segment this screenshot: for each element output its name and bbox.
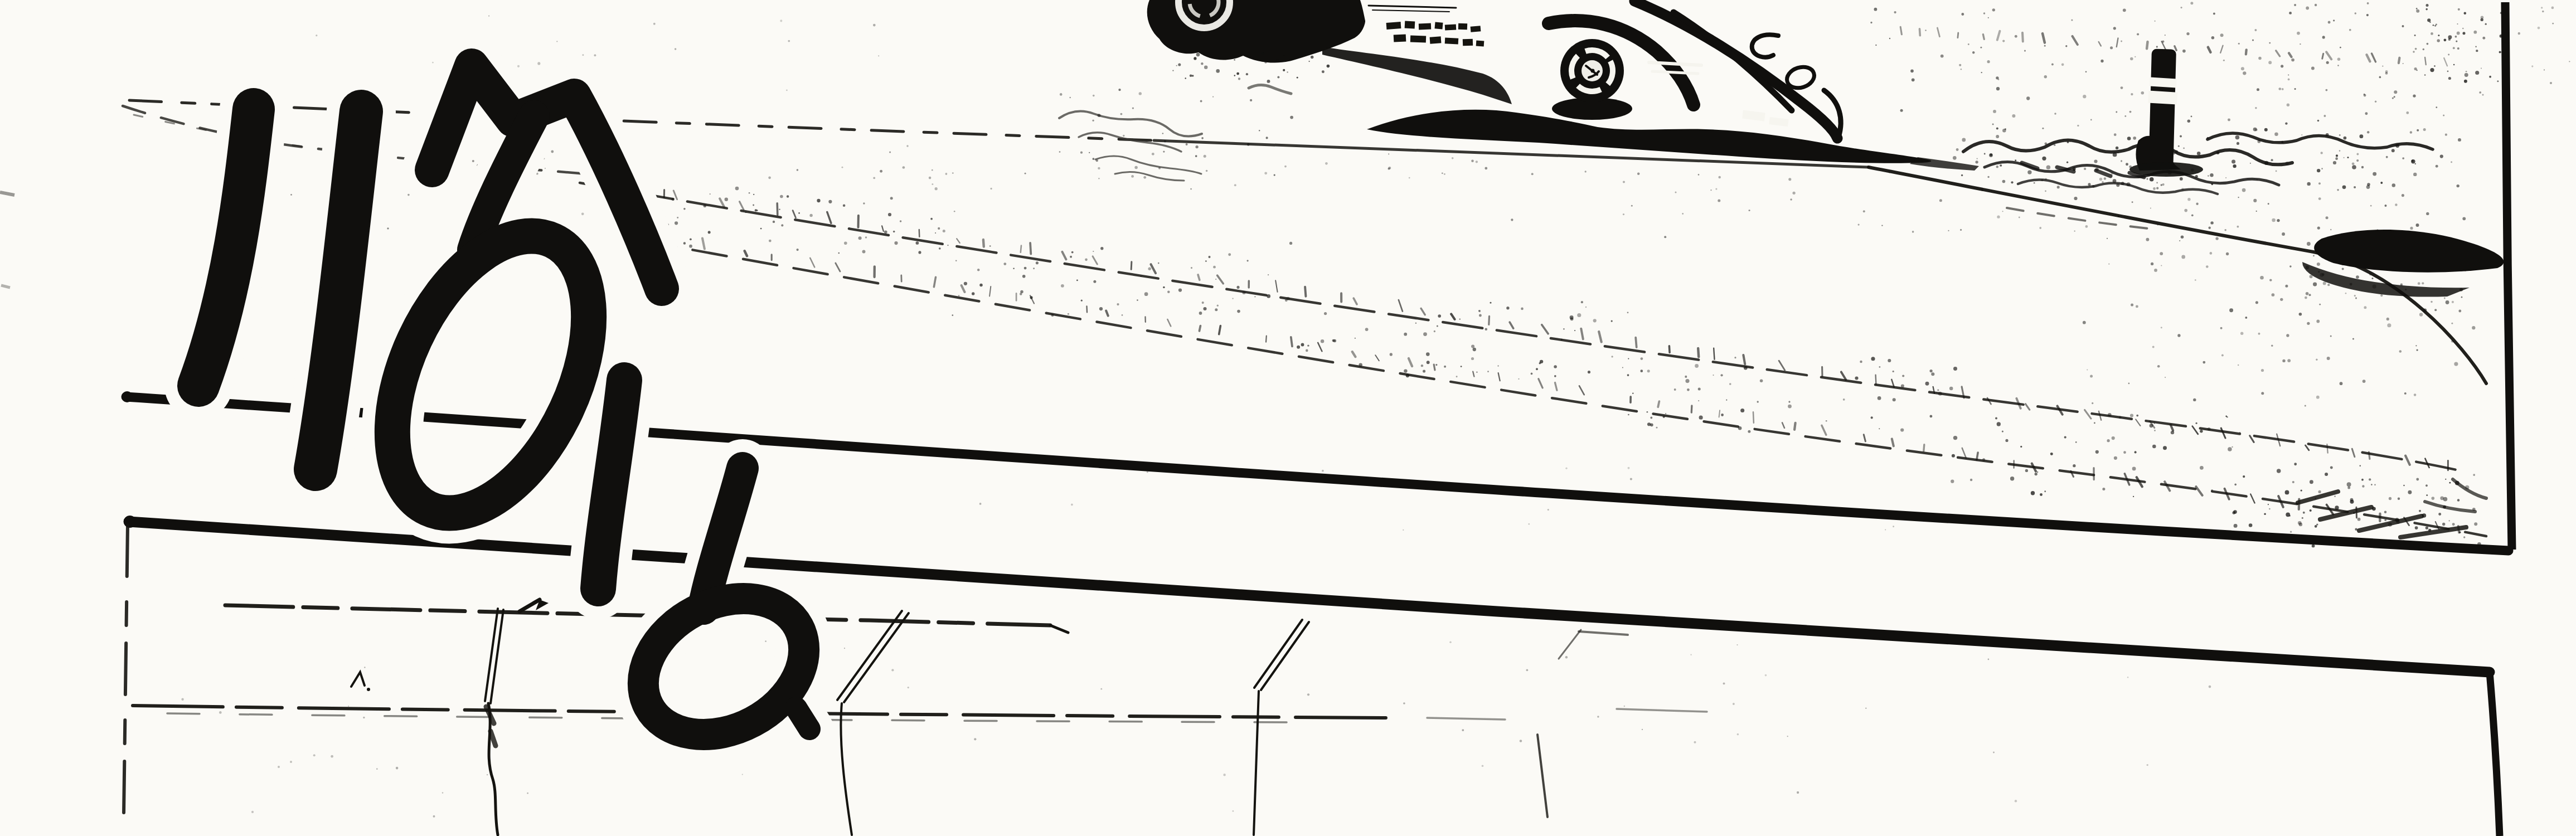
bottom-panel-top-border [129,522,2490,672]
bottom-panel-right-border [2490,672,2500,836]
tail-shadow-streak [1910,157,1979,171]
coping-end-flick [1050,625,1068,633]
sfx-stroke-loop-b-tip [796,708,809,729]
gravel-ticks-upper [622,184,1964,398]
gravel-speckles [615,187,2476,538]
grass-field [1870,2,2504,366]
top-panel-right-border [2505,2,2512,550]
wall-joint-3 [1254,620,1309,835]
dust-scribbles [1059,85,1291,181]
wall-joint-4 [1537,630,1581,817]
wall-specks [181,640,2211,817]
manga-page [0,0,2576,836]
wall-left-border [124,525,128,815]
hub-center [1591,69,1595,73]
bottom-panel-borders [124,516,2500,836]
gravel-ticks-lower [666,236,1978,460]
verge-shadow-blob [2314,230,2504,273]
scan-mark [1,285,10,288]
wall-course-joint-ext [1427,709,1707,720]
tail-lamp [1784,64,1817,91]
gravel-shoulder [580,183,2486,536]
margin-specks [2518,7,2570,85]
wall-joint-2 [837,611,909,835]
post-band [2150,77,2177,88]
grass-scribble-band [1963,133,2433,194]
post-band [2148,90,2177,104]
wall-joint-1 [485,609,503,835]
gutter-specks [979,467,1894,531]
wall-doodle [351,672,370,691]
rear-wheel [1552,39,1632,120]
left-edge-marks [0,192,14,288]
coping-remnant [1579,631,1628,635]
car-shadow [1367,110,1931,163]
exhaust-tips [1742,110,1788,127]
grass-band-dots [1996,128,2459,189]
scan-mark [0,192,14,195]
post-base-shadow [2129,162,2203,177]
car-rocker-shadow [1322,47,1512,104]
